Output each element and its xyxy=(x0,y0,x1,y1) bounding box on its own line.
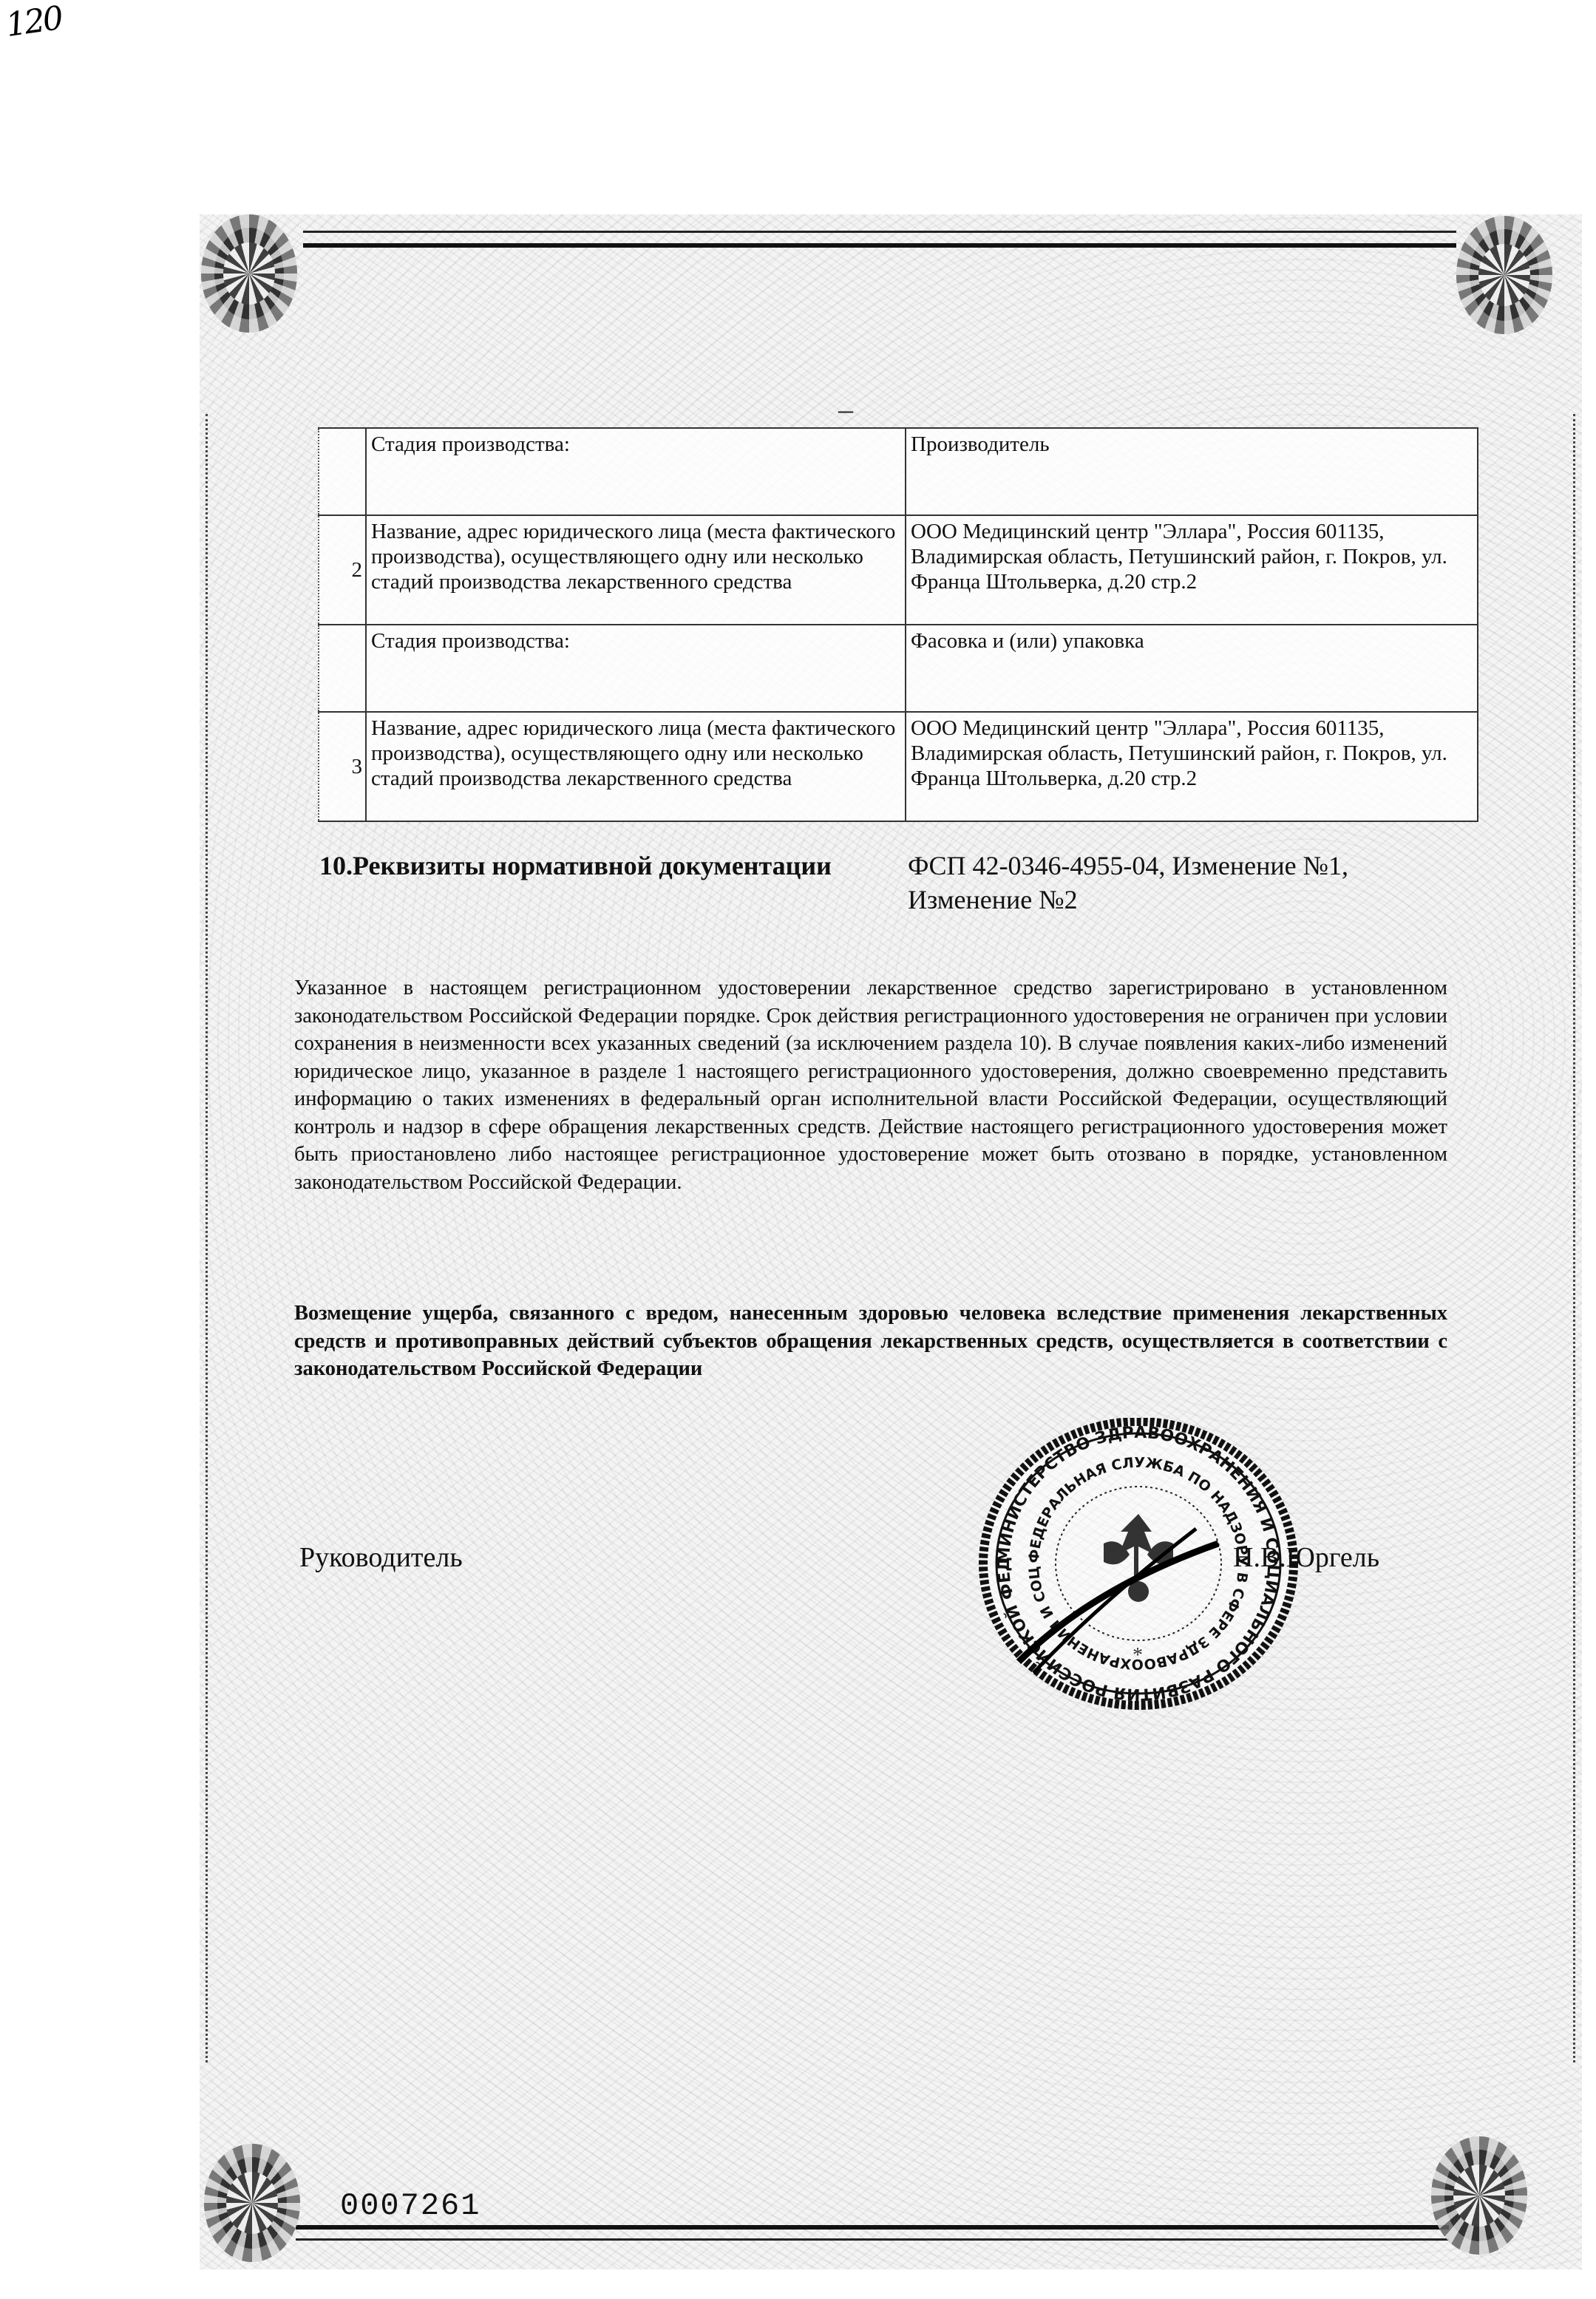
corner-rosette-top-left-icon xyxy=(201,214,297,333)
validity-paragraph: Указанное в настоящем регистрационном уд… xyxy=(294,974,1447,1196)
corner-rosette-bottom-left-icon xyxy=(204,2144,300,2262)
svg-text:*: * xyxy=(1133,1644,1143,1667)
section-10-value: ФСП 42-0346-4955-04, Изменение №1, Измен… xyxy=(908,849,1499,917)
table-row: 3 Название, адрес юридического лица (мес… xyxy=(319,712,1478,821)
row-label: Стадия производства: xyxy=(366,428,906,515)
manufacturing-stages-table: Стадия производства: Производитель 2 Наз… xyxy=(318,427,1478,822)
row-number: 2 xyxy=(319,515,366,625)
frame-border-right xyxy=(1566,414,1575,2062)
row-number: 3 xyxy=(319,712,366,821)
signatory-name: Н.В.Юргель xyxy=(1233,1541,1379,1574)
table-row: Стадия производства: Фасовка и (или) упа… xyxy=(319,625,1478,712)
section-10-value-line2: Изменение №2 xyxy=(908,883,1499,917)
handwritten-page-number: 120 xyxy=(4,0,64,44)
row-value: Производитель xyxy=(906,428,1478,515)
table-row: Стадия производства: Производитель xyxy=(319,428,1478,515)
row-value: ООО Медицинский центр "Эллара", Россия 6… xyxy=(906,712,1478,821)
liability-paragraph: Возмещение ущерба, связанного с вредом, … xyxy=(294,1300,1447,1383)
frame-border-top xyxy=(303,231,1456,248)
row-number xyxy=(319,428,366,515)
section-10-heading: 10.Реквизиты нормативной документации xyxy=(319,849,837,883)
row-value: ООО Медицинский центр "Эллара", Россия 6… xyxy=(906,515,1478,625)
corner-rosette-bottom-right-icon xyxy=(1431,2136,1527,2255)
table-row: 2 Название, адрес юридического лица (мес… xyxy=(319,515,1478,625)
row-label: Название, адрес юридического лица (места… xyxy=(366,515,906,625)
row-number xyxy=(319,625,366,712)
frame-border-bottom xyxy=(296,2225,1449,2241)
serial-number: 0007261 xyxy=(340,2188,481,2224)
corner-rosette-top-right-icon xyxy=(1456,216,1552,334)
row-label: Стадия производства: xyxy=(366,625,906,712)
section-10-value-line1: ФСП 42-0346-4955-04, Изменение №1, xyxy=(908,849,1499,883)
row-label: Название, адрес юридического лица (места… xyxy=(366,712,906,821)
page-marker: – xyxy=(838,392,853,427)
signatory-role: Руководитель xyxy=(299,1541,463,1574)
row-value: Фасовка и (или) упаковка xyxy=(906,625,1478,712)
frame-border-left xyxy=(206,414,215,2062)
